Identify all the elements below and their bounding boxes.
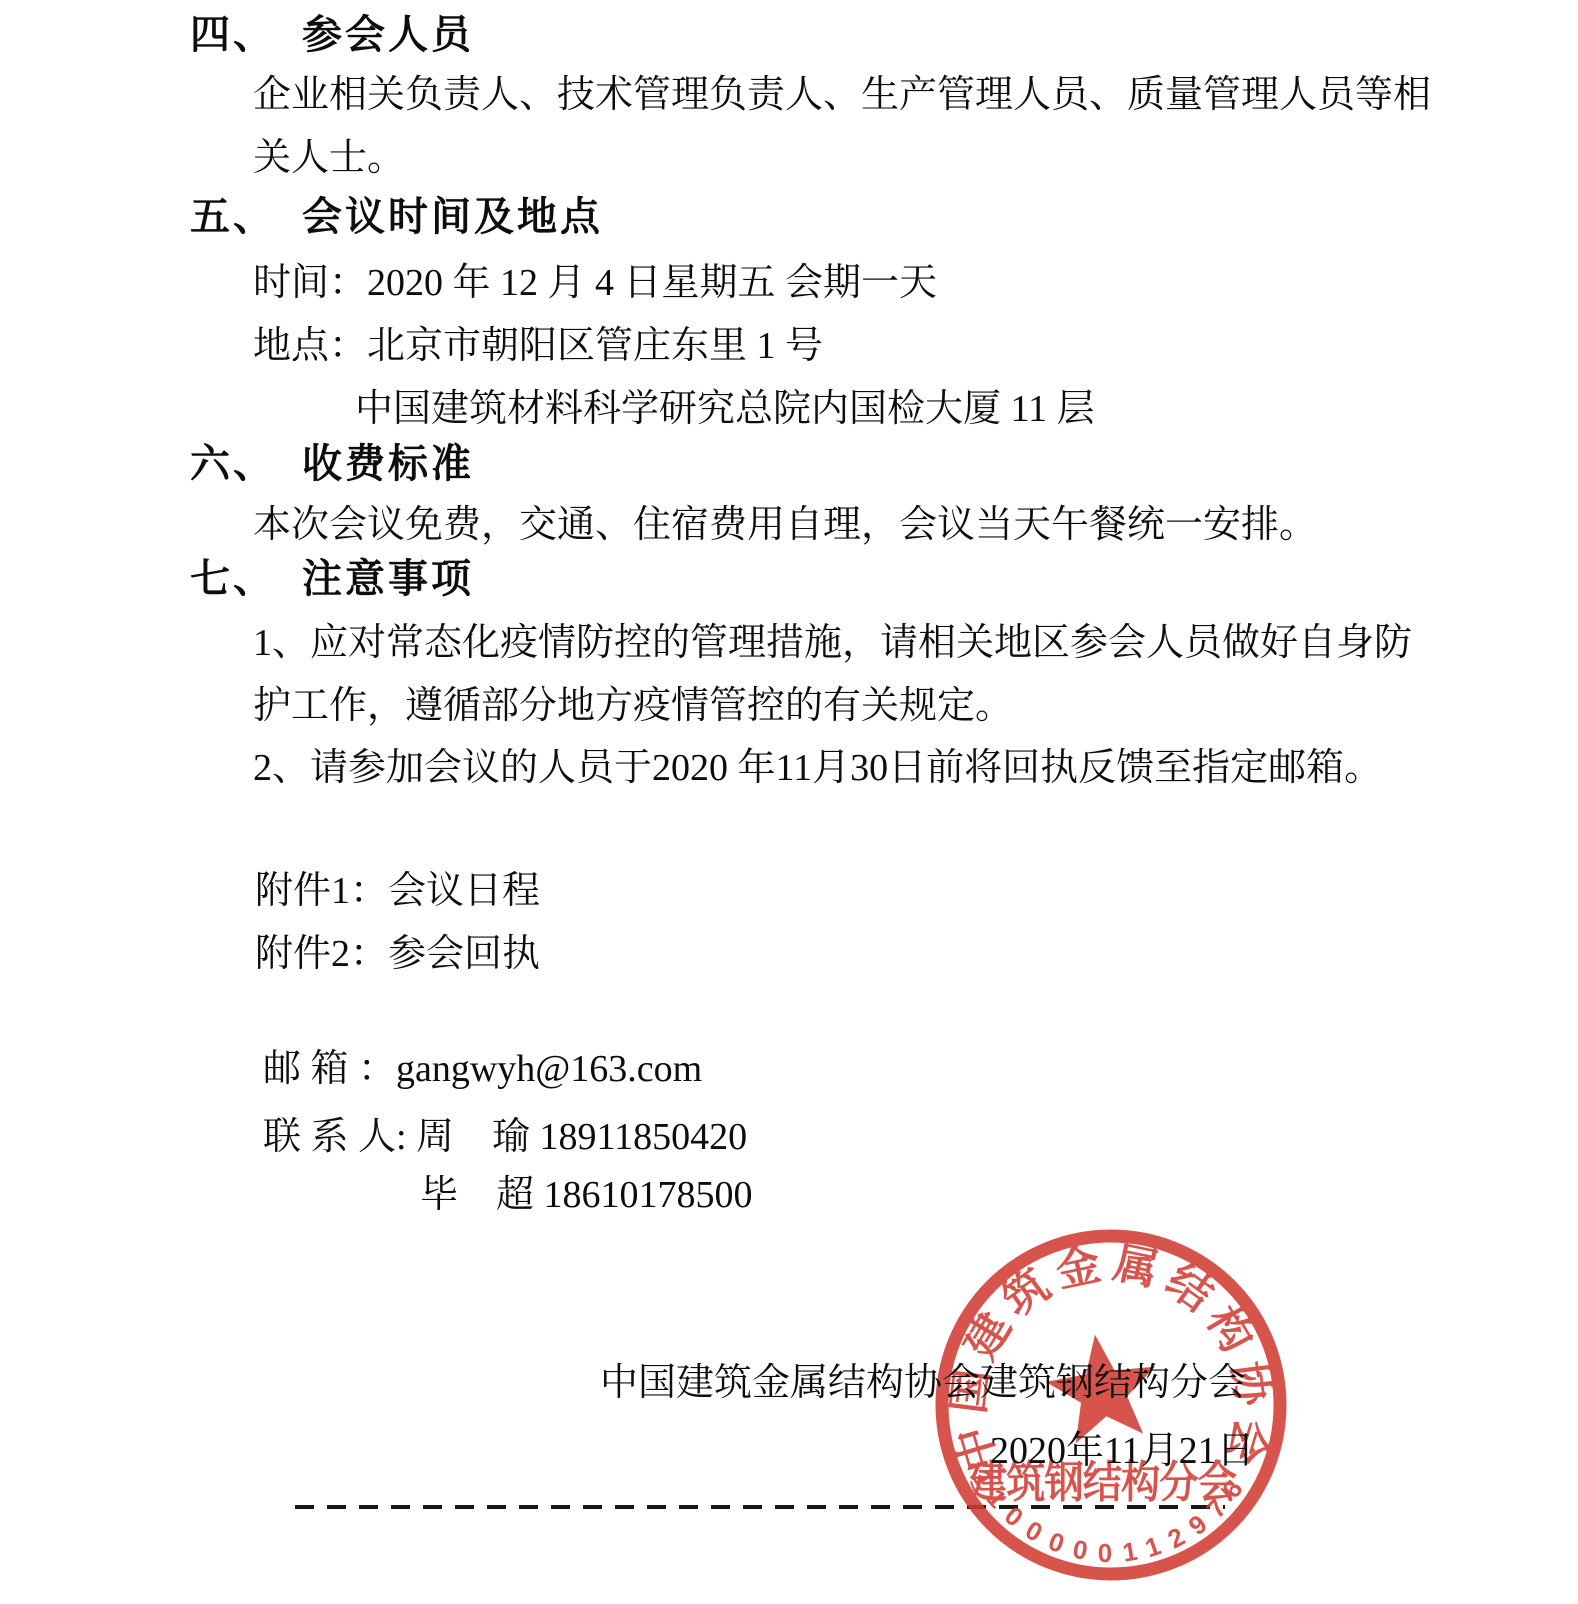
meeting-notice-document: 四、 参会人员 企业相关负责人、技术管理负责人、生产管理人员、质量管理人员等相 … [0, 0, 1578, 1604]
section-5-number: 五、 [190, 195, 276, 239]
note-1-line-1: 1、应对常态化疫情防控的管理措施，请相关地区参会人员做好自身防 [253, 620, 1412, 666]
section-6-title: 收费标准 [302, 441, 474, 487]
meeting-place-line: 地点：北京市朝阳区管庄东里 1 号 [253, 323, 823, 369]
meeting-venue-line: 中国建筑材料科学研究总院内国检大厦 11 层 [355, 386, 1095, 432]
attachment-2: 附件2：参会回执 [255, 931, 540, 977]
section-4-number: 四、 [190, 13, 276, 57]
section-4-body-line-2: 关人士。 [253, 135, 405, 181]
section-7-heading: 七、 注意事项 [190, 556, 276, 602]
section-7-title: 注意事项 [302, 556, 474, 602]
section-5-heading: 五、 会议时间及地点 [190, 194, 276, 240]
fee-line: 本次会议免费，交通、住宿费用自理，会议当天午餐统一安排。 [253, 502, 1317, 548]
contact-person-line-1: 联 系 人: 周 瑜 18911850420 [263, 1114, 747, 1160]
signature-org: 中国建筑金属结构协会建筑钢结构分会 [600, 1360, 1246, 1406]
section-7-number: 七、 [190, 557, 276, 601]
signature-date: 2020年11月21日 [990, 1428, 1255, 1474]
section-6-number: 六、 [190, 442, 276, 486]
section-6-heading: 六、 收费标准 [190, 441, 276, 487]
section-4-heading: 四、 参会人员 [190, 12, 276, 58]
note-1-line-2: 护工作，遵循部分地方疫情管控的有关规定。 [253, 683, 1013, 729]
email-line: 邮 箱 ：gangwyh@163.com [263, 1046, 702, 1092]
attachment-1: 附件1：会议日程 [255, 868, 540, 914]
section-5-title: 会议时间及地点 [302, 194, 603, 240]
contact-person-line-2: 毕 超 18610178500 [420, 1172, 753, 1218]
section-4-title: 参会人员 [302, 12, 474, 58]
meeting-time-line: 时间：2020 年 12 月 4 日星期五 会期一天 [253, 260, 937, 306]
section-4-body-line-1: 企业相关负责人、技术管理负责人、生产管理人员、质量管理人员等相 [253, 72, 1431, 118]
note-2-line: 2、请参加会议的人员于2020 年11月30日前将回执反馈至指定邮箱。 [253, 745, 1382, 791]
